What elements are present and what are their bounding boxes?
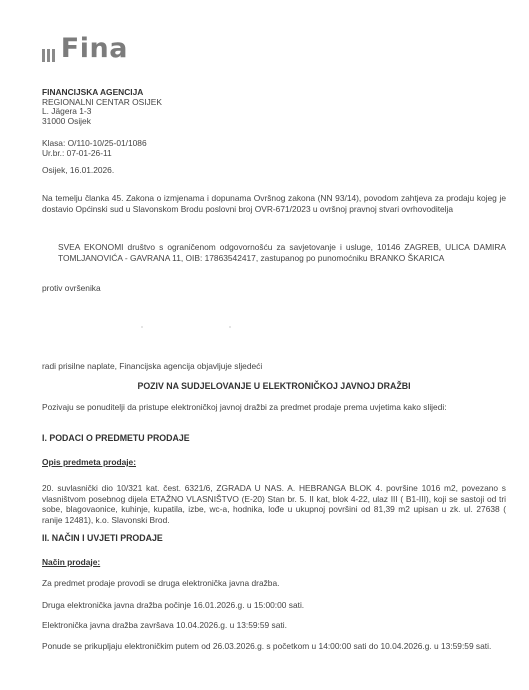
section-1-heading: I. PODACI O PREDMETU PRODAJE: [42, 433, 190, 444]
city: 31000 Osijek: [42, 117, 162, 127]
property-description: 20. suvlasnički dio 10/321 kat. čest. 63…: [42, 483, 506, 525]
section-2-subheading: Način prodaje:: [42, 557, 100, 568]
sale-line-1: Za predmet prodaje provodi se druga elek…: [42, 578, 279, 589]
sale-line-2: Druga elektronička javna dražba počinje …: [42, 600, 304, 611]
reference-numbers: Klasa: O/110-10/25-01/1086 Ur.br.: 07-01…: [42, 139, 147, 158]
urbr: Ur.br.: 07-01-26-11: [42, 149, 147, 159]
sale-line-4: Ponude se prikupljaju elektroničkim pute…: [42, 641, 506, 652]
purpose-line: radi prisilne naplate, Financijska agenc…: [42, 361, 262, 372]
sender-address: FINANCIJSKA AGENCIJA REGIONALNI CENTAR O…: [42, 88, 162, 126]
sale-line-3: Elektronička javna dražba završava 10.04…: [42, 620, 287, 631]
scan-speck: [229, 326, 231, 328]
intro-paragraph: Na temelju članka 45. Zakona o izmjenama…: [42, 193, 506, 214]
creditor-name: SVEA EKONOMI: [58, 242, 124, 252]
date-line: Osijek, 16.01.2026.: [42, 165, 114, 176]
document-title: POZIV NA SUDJELOVANJE U ELEKTRONIČKOJ JA…: [42, 381, 506, 392]
creditor-paragraph: SVEA EKONOMI društvo s ograničenom odgov…: [58, 242, 506, 263]
section-1-subheading: Opis predmeta prodaje:: [42, 457, 136, 468]
logo-text: Fina: [61, 36, 128, 62]
section-2-heading: II. NAČIN I UVJETI PRODAJE: [42, 533, 163, 544]
fina-logo: Fina: [42, 36, 128, 62]
against-line: protiv ovršenika: [42, 283, 101, 294]
scan-speck: [141, 326, 143, 328]
creditor-details: društvo s ograničenom odgovornošću za sa…: [58, 242, 506, 263]
logo-bars-icon: [42, 46, 55, 62]
invite-paragraph: Pozivaju se ponuditelji da pristupe elek…: [42, 402, 506, 413]
